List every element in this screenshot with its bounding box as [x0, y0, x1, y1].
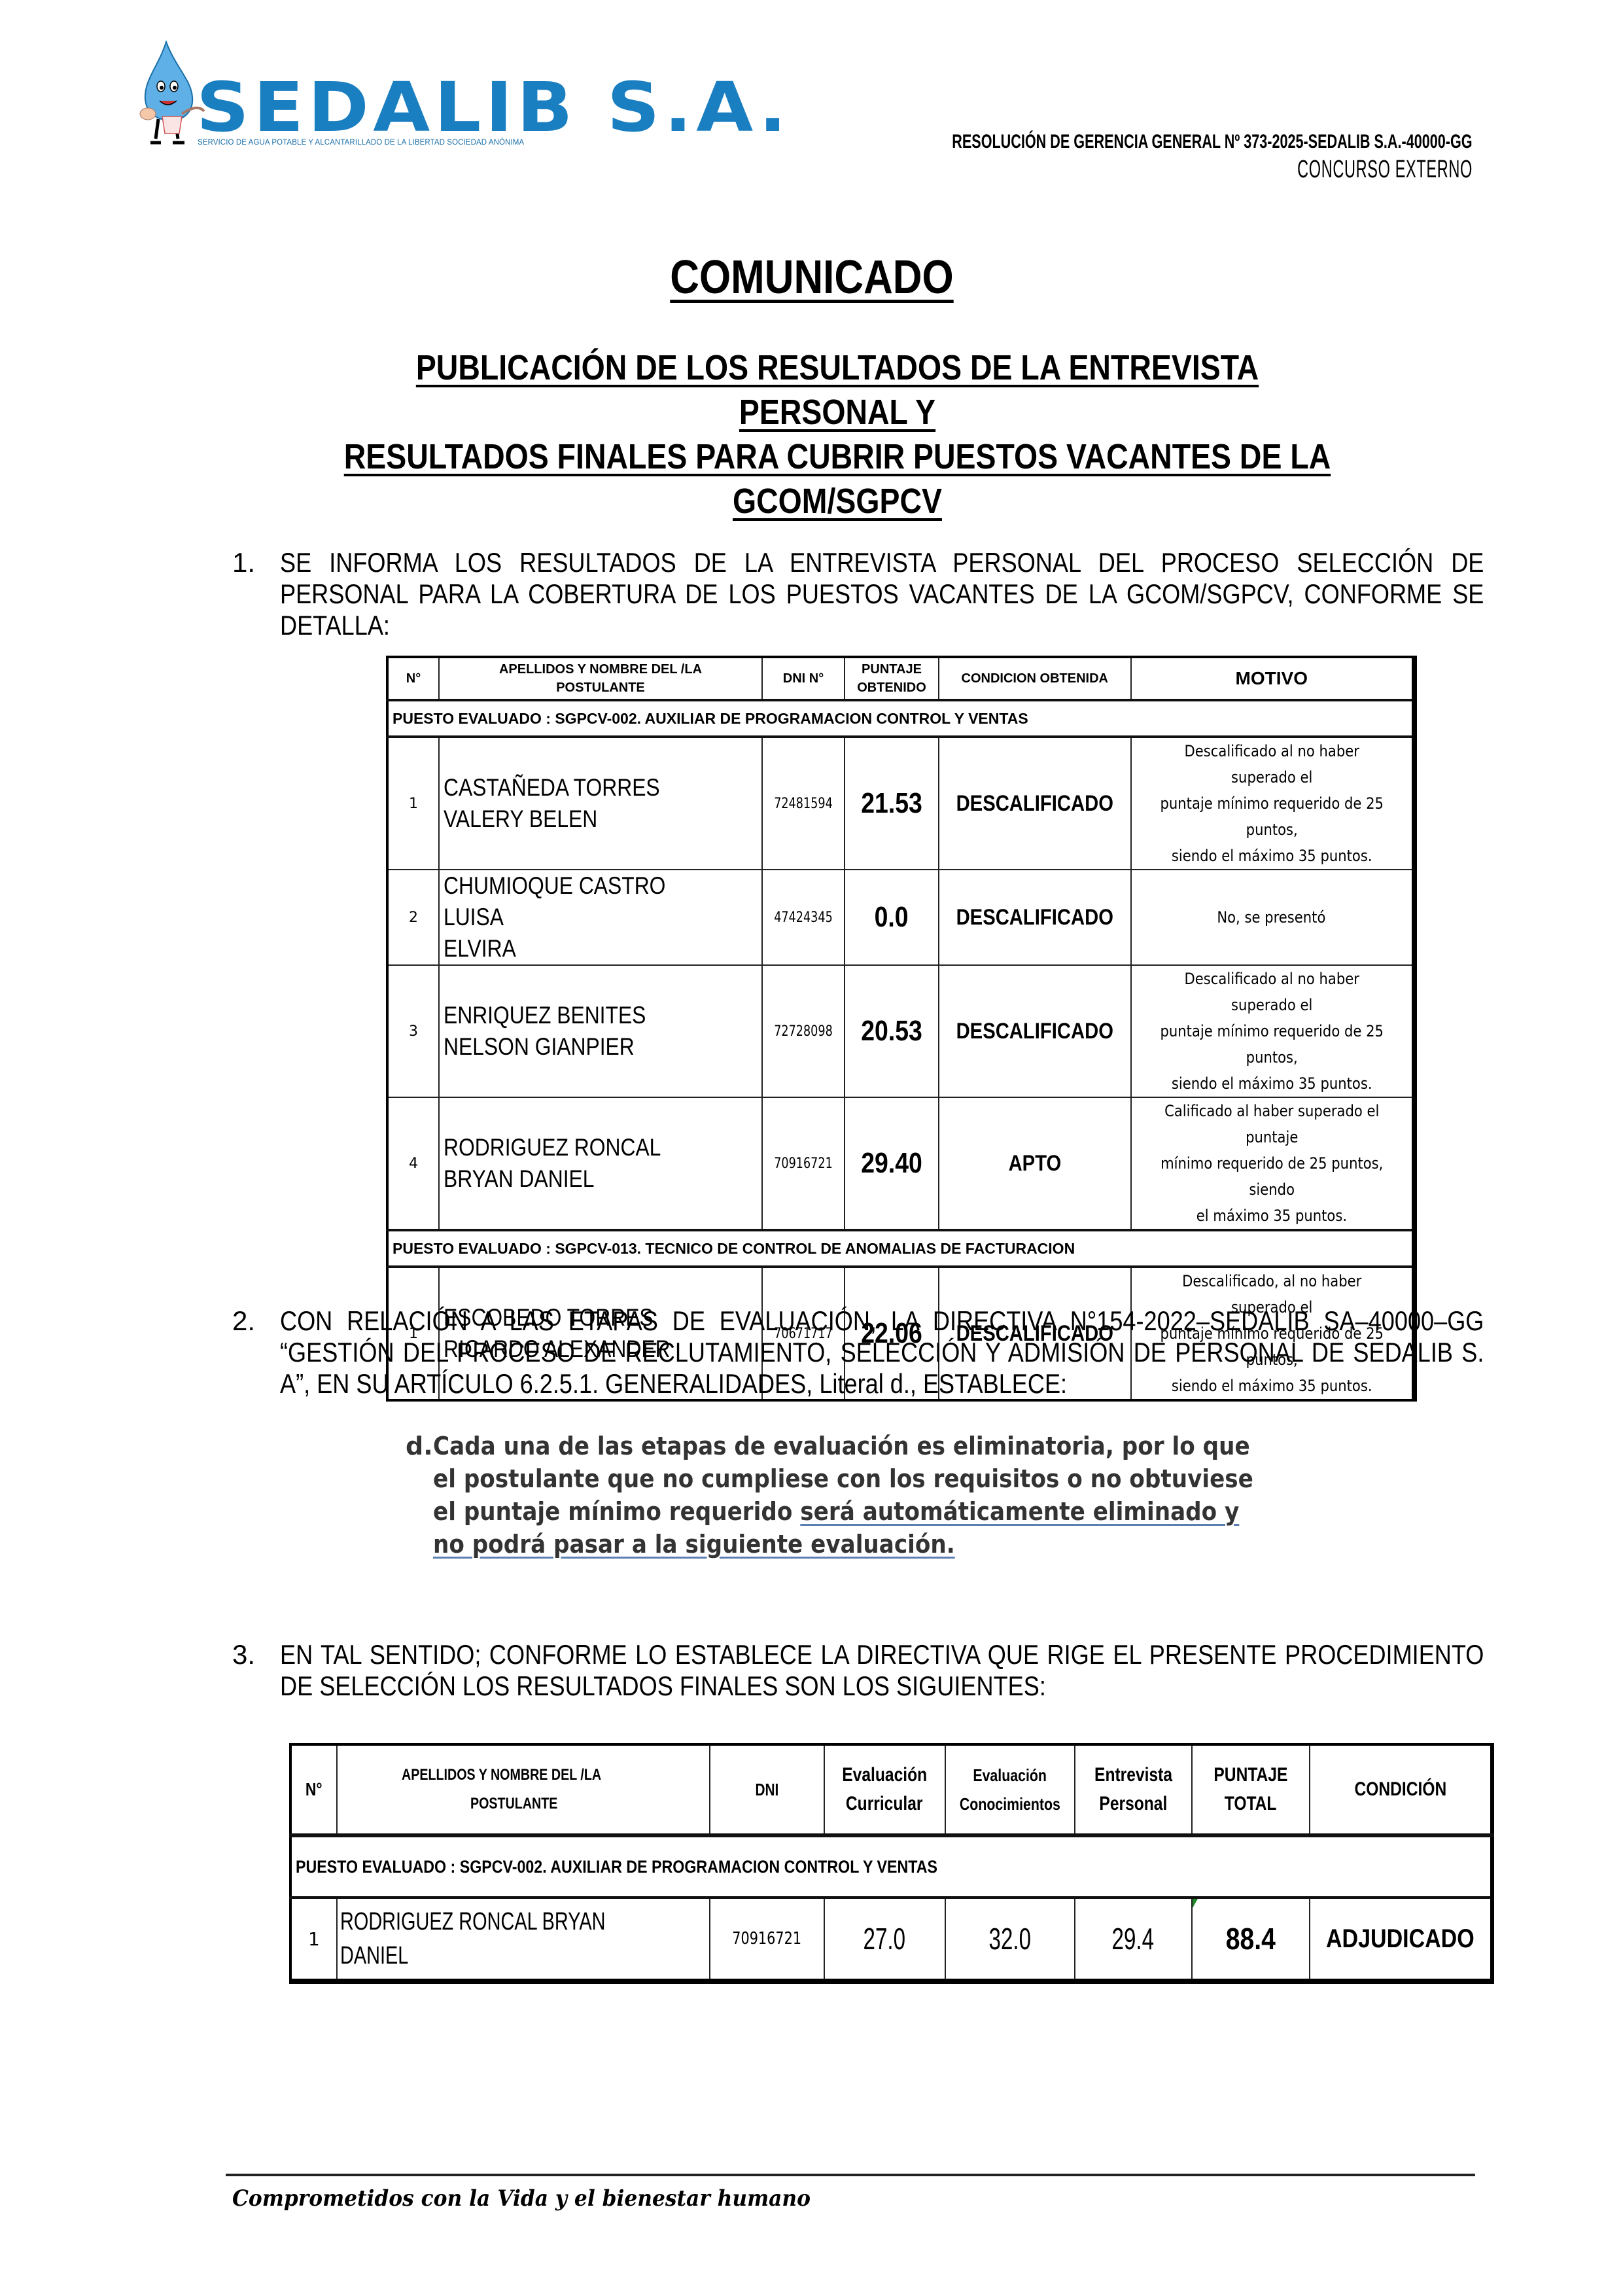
name-line: RODRIGUEZ RONCAL — [444, 1132, 714, 1163]
col-total: PUNTAJETOTAL — [1192, 1744, 1310, 1835]
cell-score: 29.40 — [845, 1097, 939, 1230]
paragraph-text: SE INFORMA LOS RESULTADOS DE LA ENTREVIS… — [280, 547, 1484, 641]
cell-knowledge: 32.0 — [945, 1898, 1075, 1981]
col-score-line: PUNTAJE — [862, 662, 922, 677]
cell-num: 1 — [387, 737, 439, 870]
col-condition: CONDICIÓN — [1310, 1744, 1492, 1835]
condition-value: DESCALIFICADO — [956, 1019, 1113, 1044]
cell-dni: 72728098 — [762, 965, 845, 1097]
name-line: CASTAÑEDA TORRES — [444, 772, 714, 804]
col-knowledge: EvaluaciónConocimientos — [945, 1744, 1075, 1835]
dni-value: 70916721 — [732, 1929, 801, 1949]
reason-line: No, se presentó — [1217, 904, 1326, 930]
col-line: TOTAL — [1225, 1790, 1277, 1818]
subtitle-line: RESULTADOS FINALES PARA CUBRIR PUESTOS V… — [342, 434, 1333, 479]
score-value: 29.4 — [1112, 1921, 1154, 1956]
cell-reason: Descalificado al no haber superado elpun… — [1131, 965, 1414, 1097]
cell-name: RODRIGUEZ RONCALBRYAN DANIEL — [439, 1097, 762, 1230]
name-line: CHUMIOQUE CASTRO LUISA — [444, 870, 714, 933]
cell-score: 0.0 — [845, 870, 939, 965]
col-curricular: EvaluaciónCurricular — [824, 1744, 945, 1835]
total-value: 88.4 — [1226, 1921, 1276, 1956]
name-line: BRYAN DANIEL — [444, 1163, 714, 1195]
cell-total: 88.4 — [1192, 1898, 1310, 1981]
name-line: NELSON GIANPIER — [444, 1031, 714, 1063]
cell-curricular: 27.0 — [824, 1898, 945, 1981]
section-row: PUESTO EVALUADO : SGPCV-013. TECNICO DE … — [387, 1230, 1414, 1267]
paragraph-number: 3. — [232, 1639, 255, 1670]
resolution-number: RESOLUCIÓN DE GERENCIA GENERAL Nº 373-20… — [952, 131, 1473, 153]
page-title: COMUNICADO — [0, 251, 1623, 304]
cell-dni: 70916721 — [762, 1097, 845, 1230]
col-line: Personal — [1099, 1790, 1167, 1818]
cell-condition: DESCALIFICADO — [939, 737, 1131, 870]
score-value: 27.0 — [864, 1921, 905, 1956]
paragraph-text: EN TAL SENTIDO; CONFORME LO ESTABLECE LA… — [280, 1639, 1484, 1702]
quote-line: no podrá pasar a la siguiente evaluación… — [433, 1528, 1328, 1561]
name-line: ENRIQUEZ BENITES — [444, 1000, 714, 1031]
position-label: PUESTO EVALUADO : SGPCV-002. AUXILIAR DE… — [387, 700, 1414, 737]
cell-reason: Calificado al haber superado el puntajem… — [1131, 1097, 1414, 1230]
col-reason: MOTIVO — [1131, 657, 1414, 700]
score-value: 20.53 — [861, 1015, 922, 1048]
col-name-line: APELLIDOS Y NOMBRE DEL /LA — [402, 1761, 601, 1790]
col-interview: EntrevistaPersonal — [1075, 1744, 1192, 1835]
dni-value: 72728098 — [774, 1023, 833, 1040]
quote-body: Cada una de las etapas de evaluación es … — [433, 1430, 1328, 1561]
quote-text: el puntaje mínimo requerido — [433, 1497, 800, 1526]
cell-num: 3 — [387, 965, 439, 1097]
condition-value: DESCALIFICADO — [956, 905, 1113, 930]
table-row: 2 CHUMIOQUE CASTRO LUISAELVIRA 47424345 … — [387, 870, 1414, 965]
col-line: PUNTAJE — [1214, 1761, 1288, 1790]
name-line: RODRIGUEZ RONCAL BRYAN — [340, 1905, 619, 1939]
final-results-table: N° APELLIDOS Y NOMBRE DEL /LAPOSTULANTE … — [289, 1743, 1494, 1984]
cell-reason: No, se presentó — [1131, 870, 1414, 965]
dni-value: 70916721 — [774, 1156, 833, 1172]
directive-quote: d. Cada una de las etapas de evaluación … — [406, 1430, 1374, 1561]
position-label: PUESTO EVALUADO : SGPCV-013. TECNICO DE … — [387, 1230, 1414, 1267]
condition-value: DESCALIFICADO — [956, 791, 1113, 817]
quote-underlined-text: será automáticamente eliminado y — [800, 1497, 1239, 1526]
dni-value: 72481594 — [774, 796, 833, 812]
reason-line: Descalificado al no haber superado el — [1152, 966, 1391, 1018]
col-name-line: POSTULANTE — [556, 680, 645, 695]
cell-condition: DESCALIFICADO — [939, 870, 1131, 965]
quote-line: el puntaje mínimo requerido será automát… — [433, 1495, 1328, 1528]
footer-motto: Comprometidos con la Vida y el bienestar… — [232, 2185, 811, 2212]
cell-name: ENRIQUEZ BENITESNELSON GIANPIER — [439, 965, 762, 1097]
paragraph-3: 3. EN TAL SENTIDO; CONFORME LO ESTABLECE… — [232, 1639, 1475, 1702]
section-row: PUESTO EVALUADO : SGPCV-002. AUXILIAR DE… — [290, 1835, 1492, 1898]
condition-value: ADJUDICADO — [1326, 1924, 1475, 1954]
paragraph-text: CON RELACIÓN A LAS ETAPAS DE EVALUACIÓN,… — [280, 1305, 1484, 1400]
quote-letter: d. — [406, 1430, 433, 1462]
reason-line: siendo el máximo 35 puntos. — [1171, 843, 1372, 869]
cell-condition: ADJUDICADO — [1310, 1898, 1492, 1981]
cell-interview: 29.4 — [1075, 1898, 1192, 1981]
cell-num: 4 — [387, 1097, 439, 1230]
table-header-row: N° APELLIDOS Y NOMBRE DEL /LAPOSTULANTE … — [387, 657, 1414, 700]
brand-tagline: SERVICIO DE AGUA POTABLE Y ALCANTARILLAD… — [198, 139, 524, 147]
cell-name: RODRIGUEZ RONCAL BRYANDANIEL — [337, 1898, 710, 1981]
col-score: PUNTAJEOBTENIDO — [845, 657, 939, 700]
table-row: 4 RODRIGUEZ RONCALBRYAN DANIEL 70916721 … — [387, 1097, 1414, 1230]
reason-line: siendo el máximo 35 puntos. — [1171, 1070, 1372, 1097]
page-title-text: COMUNICADO — [670, 251, 953, 304]
score-value: 29.40 — [861, 1147, 922, 1180]
cell-name: CHUMIOQUE CASTRO LUISAELVIRA — [439, 870, 762, 965]
table-row: 1 RODRIGUEZ RONCAL BRYANDANIEL 70916721 … — [290, 1898, 1492, 1981]
quote-line: Cada una de las etapas de evaluación es … — [433, 1430, 1328, 1462]
col-score-line: OBTENIDO — [857, 680, 926, 695]
reason-line: mínimo requerido de 25 puntos, siendo — [1152, 1150, 1391, 1203]
paragraph-number: 1. — [232, 547, 255, 578]
cell-dni: 47424345 — [762, 870, 845, 965]
reason-line: Calificado al haber superado el puntaje — [1152, 1098, 1391, 1150]
position-label: PUESTO EVALUADO : SGPCV-002. AUXILIAR DE… — [290, 1835, 1492, 1898]
table-row: 3 ENRIQUEZ BENITESNELSON GIANPIER 727280… — [387, 965, 1414, 1097]
cell-score: 20.53 — [845, 965, 939, 1097]
cell-comment-flag-icon — [1193, 1899, 1198, 1908]
col-name-line: APELLIDOS Y NOMBRE DEL /LA — [499, 662, 702, 677]
cell-num: 1 — [290, 1898, 337, 1981]
reason-line: puntaje mínimo requerido de 25 puntos, — [1152, 790, 1391, 843]
col-line: Evaluación — [973, 1761, 1047, 1790]
col-name: APELLIDOS Y NOMBRE DEL /LAPOSTULANTE — [337, 1744, 710, 1835]
subtitle-line: PUBLICACIÓN DE LOS RESULTADOS DE LA ENTR… — [342, 345, 1333, 434]
col-dni: DNI N° — [762, 657, 845, 700]
score-value: 0.0 — [875, 901, 909, 934]
cell-dni: 70916721 — [710, 1898, 824, 1981]
name-line: VALERY BELEN — [444, 804, 714, 835]
score-value: 21.53 — [861, 787, 922, 820]
page-subtitle: PUBLICACIÓN DE LOS RESULTADOS DE LA ENTR… — [262, 345, 1413, 523]
col-name-line: POSTULANTE — [470, 1790, 557, 1818]
cell-score: 21.53 — [845, 737, 939, 870]
name-line: DANIEL — [340, 1939, 619, 1973]
cell-reason: Descalificado al no haber superado elpun… — [1131, 737, 1414, 870]
cell-name: CASTAÑEDA TORRESVALERY BELEN — [439, 737, 762, 870]
position-text: PUESTO EVALUADO : SGPCV-002. AUXILIAR DE… — [296, 1857, 937, 1877]
quote-line: el postulante que no cumpliese con los r… — [433, 1462, 1328, 1495]
col-dni-text: DNI — [755, 1775, 778, 1804]
footer-divider — [226, 2174, 1475, 2176]
sedalib-logo: SEDALIB S.A. SERVICIO DE AGUA POTABLE Y … — [139, 41, 505, 152]
col-name: APELLIDOS Y NOMBRE DEL /LAPOSTULANTE — [439, 657, 762, 700]
brand-name: SEDALIB S.A. — [196, 73, 791, 141]
paragraph-number: 2. — [232, 1305, 255, 1337]
contest-type: CONCURSO EXTERNO — [1297, 156, 1473, 184]
reason-line: el máximo 35 puntos. — [1196, 1203, 1347, 1229]
section-row: PUESTO EVALUADO : SGPCV-002. AUXILIAR DE… — [387, 700, 1414, 737]
col-condition: CONDICION OBTENIDA — [939, 657, 1131, 700]
reason-line: Descalificado al no haber superado el — [1152, 738, 1391, 790]
interview-results-table: N° APELLIDOS Y NOMBRE DEL /LAPOSTULANTE … — [386, 656, 1417, 1402]
paragraph-1: 1. SE INFORMA LOS RESULTADOS DE LA ENTRE… — [232, 547, 1475, 641]
col-dni: DNI — [710, 1744, 824, 1835]
paragraph-2: 2. CON RELACIÓN A LAS ETAPAS DE EVALUACI… — [232, 1305, 1475, 1400]
cell-condition: APTO — [939, 1097, 1131, 1230]
dni-value: 47424345 — [774, 910, 833, 926]
cell-dni: 72481594 — [762, 737, 845, 870]
name-line: ELVIRA — [444, 933, 714, 964]
quote-underlined-text: no podrá pasar a la siguiente evaluación… — [433, 1530, 955, 1559]
col-line: Curricular — [846, 1790, 923, 1818]
cell-condition: DESCALIFICADO — [939, 965, 1131, 1097]
table-row: 1 CASTAÑEDA TORRESVALERY BELEN 72481594 … — [387, 737, 1414, 870]
condition-value: APTO — [1008, 1151, 1061, 1176]
table-header-row: N° APELLIDOS Y NOMBRE DEL /LAPOSTULANTE … — [290, 1744, 1492, 1835]
col-line: Entrevista — [1094, 1761, 1172, 1790]
reason-line: puntaje mínimo requerido de 25 puntos, — [1152, 1018, 1391, 1070]
cell-num: 2 — [387, 870, 439, 965]
col-num-text: N° — [305, 1775, 323, 1804]
col-line: Evaluación — [842, 1761, 927, 1790]
col-num: N° — [290, 1744, 337, 1835]
col-num: N° — [387, 657, 439, 700]
col-line: Conocimientos — [960, 1790, 1060, 1818]
subtitle-line: GCOM/SGPCV — [342, 479, 1333, 523]
col-condition-text: CONDICIÓN — [1354, 1775, 1446, 1804]
score-value: 32.0 — [988, 1921, 1030, 1956]
